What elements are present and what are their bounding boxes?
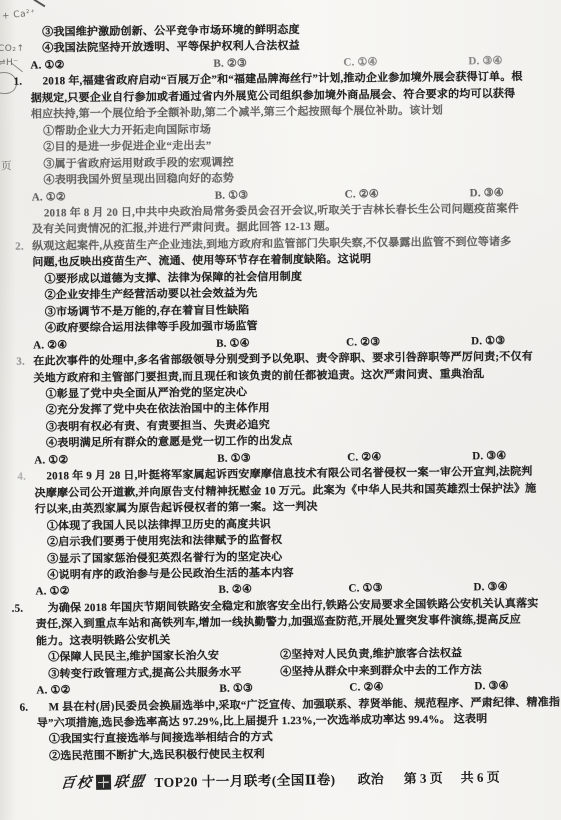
margin-cutoff-page-char: 页 <box>1 158 12 173</box>
question-block-16: 6. M 县在村(居)民委员会换届选举中,采取“广泛宣传、加强联系、荐贤举能、规… <box>36 694 557 765</box>
choice-a: A. ①② <box>34 451 217 469</box>
choice-c: C. ①④ <box>343 53 468 71</box>
choice-b: B. ①③ <box>217 449 347 467</box>
question-block-11: 1. 2018 年,福建省政府启动“百展万企”和“福建品牌海丝行”计划,推动企业… <box>30 69 551 206</box>
choice-d: D. ③④ <box>468 53 502 70</box>
choice-d: D. ③④ <box>470 184 504 201</box>
choice-a: A. ①② <box>32 187 215 205</box>
question-block-14: 4. 2018 年 9 月 28 日,叶挺将军家属起诉西安摩摩信息技术有限公司名… <box>34 464 555 601</box>
exam-body: ③我国维护激励创新、公平竞争市场环境的鲜明态度 ④我国法院坚持开放透明、平等保护… <box>30 20 557 765</box>
question-block-10: ③我国维护激励创新、公平竞争市场环境的鲜明态度 ④我国法院坚持开放透明、平等保护… <box>30 20 550 74</box>
exam-title: TOP20 十一月联考(全国Ⅱ卷) <box>154 768 336 791</box>
choice-d: D. ③④ <box>474 678 508 695</box>
scanned-exam-page: + Ca²⁺ CO₂↑ ⇌H⁻ 页 ③我国维护激励创新、公平竞争市场环境的鲜明态… <box>0 0 561 820</box>
choice-b: B. ①③ <box>215 186 345 204</box>
choice-a: A. ①② <box>30 56 213 74</box>
logo-char: 盟 <box>129 771 147 792</box>
option-line: ④坚持从群众中来到群众中去的工作方法 <box>280 662 482 680</box>
total-pages: 共 6 页 <box>460 766 499 786</box>
page-number: 第 3 页 <box>403 767 442 787</box>
choice-a: A. ①② <box>36 681 219 699</box>
league-logo: 百 校 联 盟 <box>61 771 146 792</box>
margin-annotation-ca: + Ca²⁺ <box>2 8 36 21</box>
choice-b: B. ②④ <box>218 581 348 599</box>
question-block-15: .5. 为确保 2018 年国庆节期间铁路安全稳定和旅客安全出行,铁路公安局要求… <box>36 595 557 699</box>
choice-c: C. ②④ <box>347 448 472 466</box>
choice-b: B. ①④ <box>216 334 346 352</box>
subject-label: 政治 <box>357 768 383 787</box>
choice-d: D. ①③ <box>471 333 505 350</box>
question-number: 3. <box>16 354 36 371</box>
choice-a: A. ②④ <box>33 335 216 353</box>
choice-a: A. ①② <box>35 582 218 600</box>
choice-b: B. ②③ <box>213 54 343 72</box>
question-number: 6. <box>19 699 39 716</box>
choice-b: B. ①③ <box>219 680 349 698</box>
choice-c: C. ②④ <box>349 678 474 696</box>
choice-c: C. ①③ <box>348 580 473 598</box>
option-line: ②坚持对人民负责,维护旅客合法权益 <box>280 646 462 664</box>
page-footer: 百 校 联 盟 TOP20 十一月联考(全国Ⅱ卷) 政治 第 3 页 共 6 页 <box>0 765 561 794</box>
choice-d: D. ③④ <box>473 579 507 596</box>
question-number: 1. <box>13 74 33 91</box>
choice-d: D. ③④ <box>472 448 506 465</box>
question-block-12: 2. 纵观这起案件,从疫苗生产企业违法,到地方政府和监管部门失职失察,不仅暴露出… <box>32 233 553 353</box>
logo-char: 校 <box>76 771 94 792</box>
stray-pen-mark <box>34 0 46 7</box>
question-block-13: 3. 在此次事件的处理中,多名省部级领导分别受到予以免职、责令辞职、要求引咎辞职… <box>33 349 554 469</box>
question-number: 4. <box>17 469 37 486</box>
choice-c: C. ②④ <box>345 185 470 203</box>
choice-c: C. ②③ <box>346 333 471 351</box>
league-seal-icon <box>96 774 111 789</box>
margin-annotation-co2: CO₂↑ <box>0 44 25 54</box>
shared-stem-12-13: 2018 年 8 月 20 日,中共中央政治局常务委员会召开会议,听取关于吉林长… <box>32 200 552 238</box>
question-number: .5. <box>12 600 32 617</box>
